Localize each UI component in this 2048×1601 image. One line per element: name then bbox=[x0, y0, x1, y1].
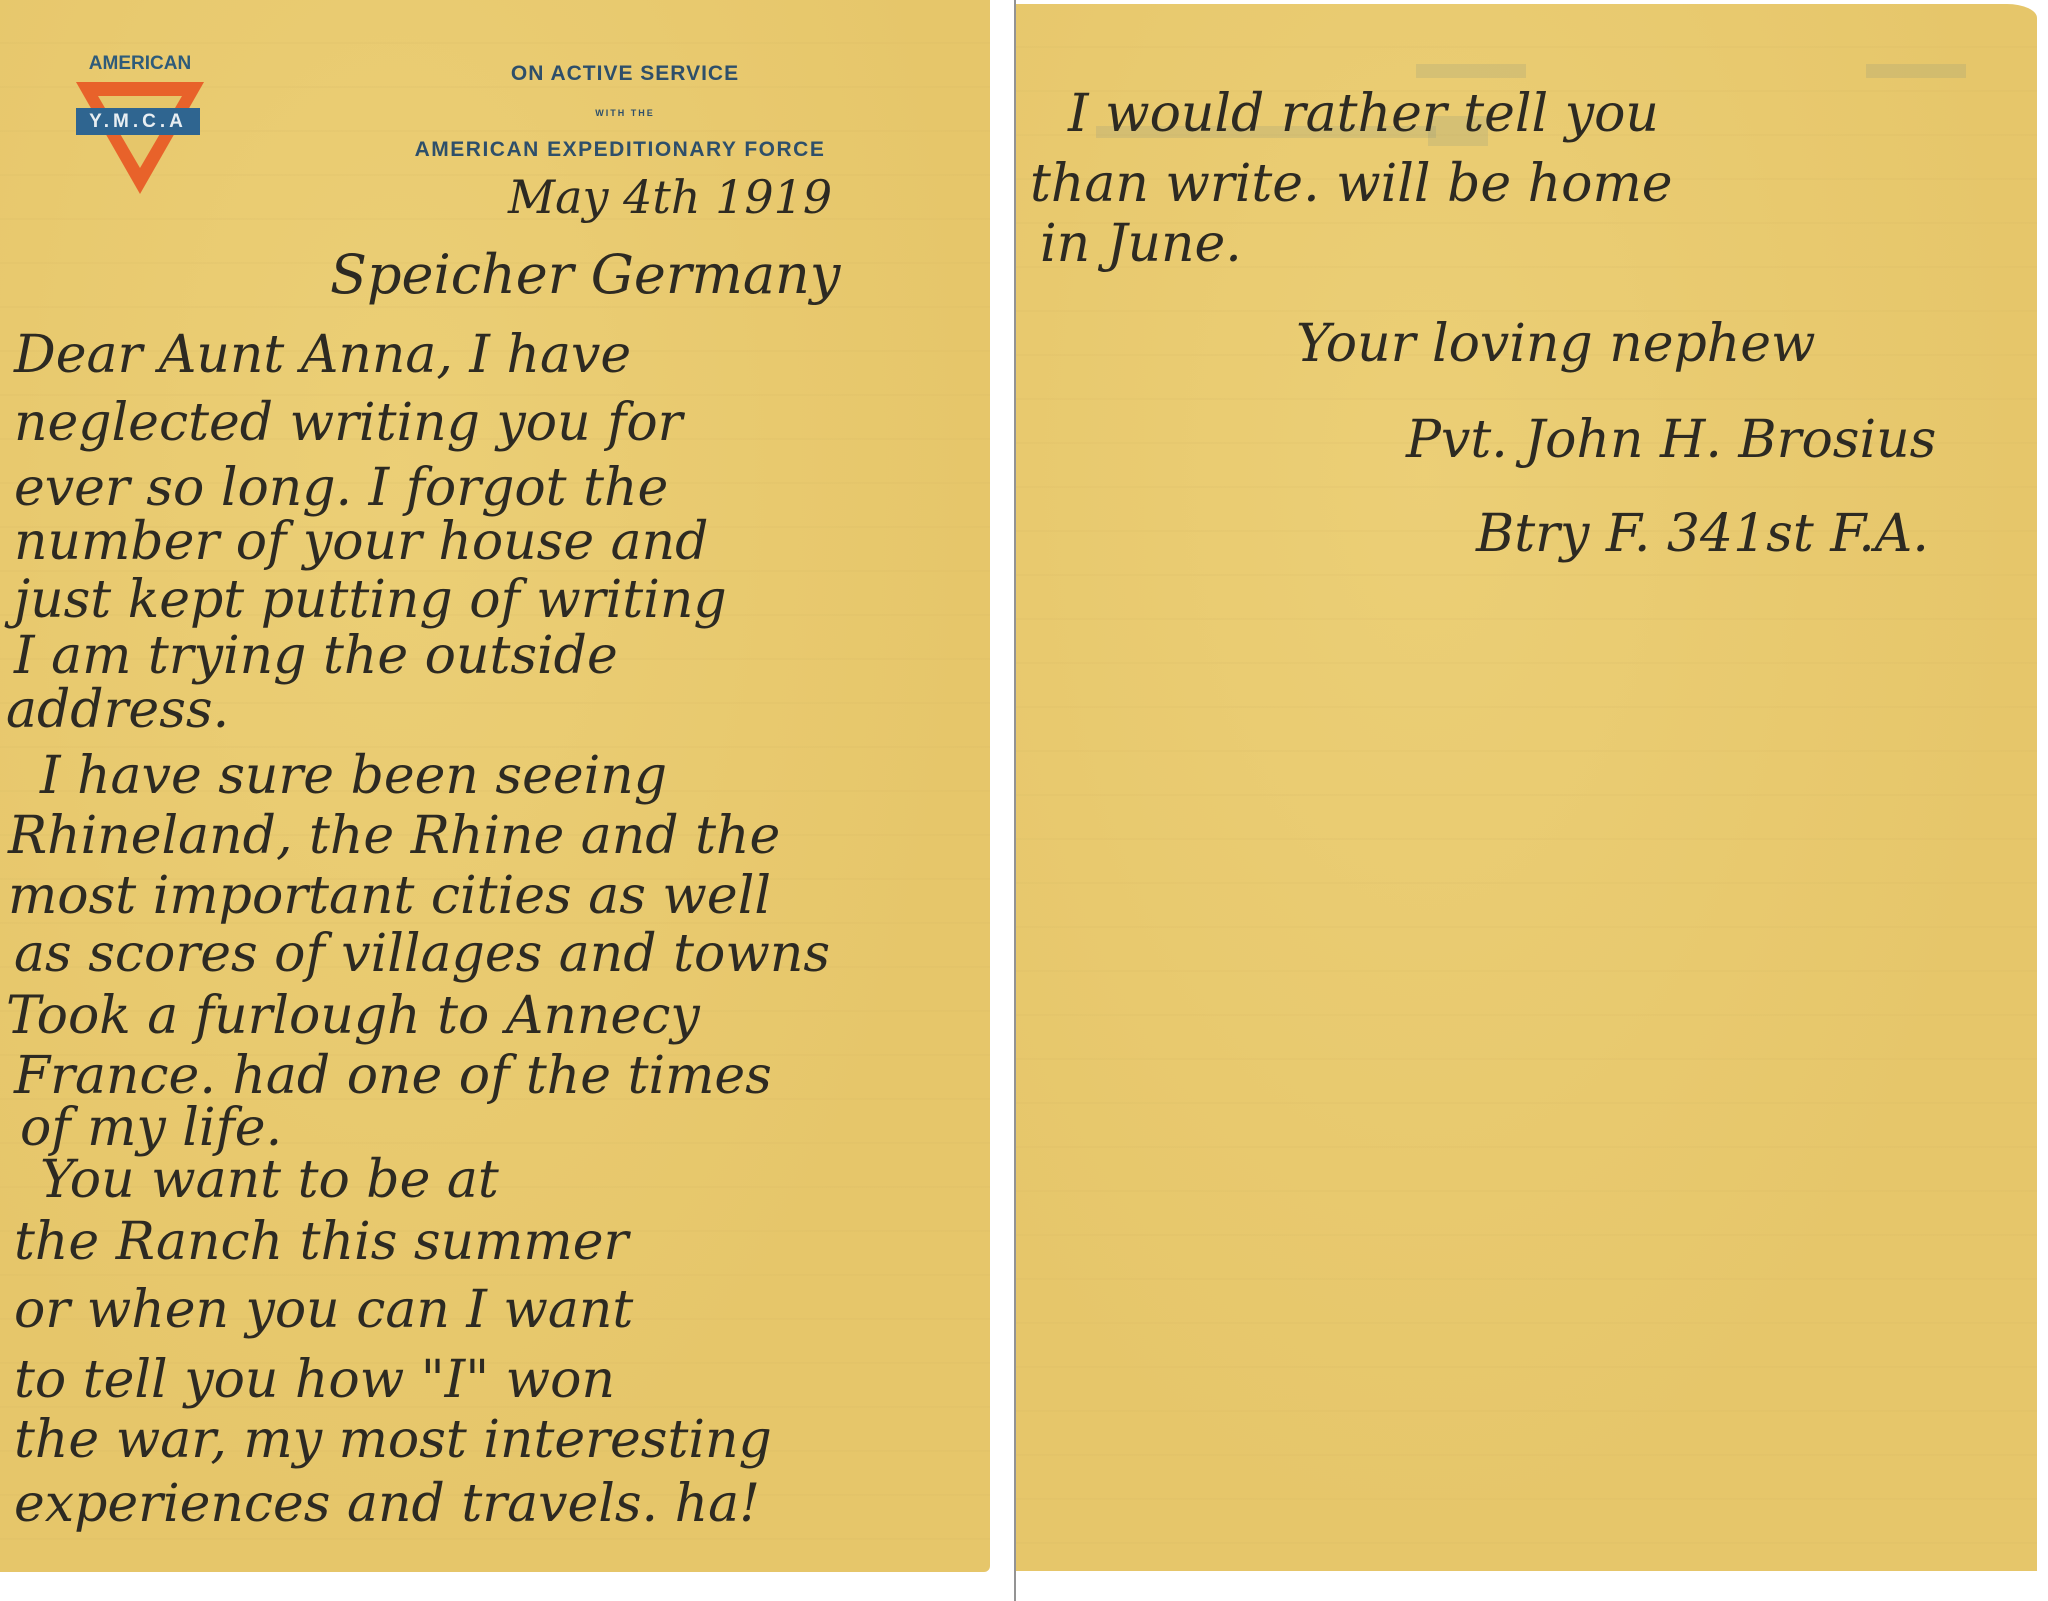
letter-date: May 4th 1919 bbox=[508, 170, 832, 224]
letter-line: number of your house and bbox=[14, 512, 708, 572]
letter-line: experiences and travels. ha! bbox=[14, 1474, 760, 1534]
ghost-letterhead-mark bbox=[1416, 64, 1526, 78]
letter-line: France. had one of the times bbox=[14, 1046, 772, 1106]
letter-line: ever so long. I forgot the bbox=[14, 458, 668, 518]
letterhead-with-the: WITH THE bbox=[560, 108, 690, 118]
letterhead-active-service: ON ACTIVE SERVICE bbox=[470, 62, 780, 86]
logo-american-text: AMERICAN bbox=[74, 53, 206, 75]
letter-line: the Ranch this summer bbox=[14, 1212, 628, 1272]
letter-line: neglected writing you for bbox=[14, 393, 683, 453]
ymca-logo: AMERICAN Y.M.C.A bbox=[74, 50, 206, 200]
letter-line: Dear Aunt Anna, I have bbox=[14, 325, 631, 385]
letter-line: Took a furlough to Annecy bbox=[6, 986, 700, 1046]
letter-line: the war, my most interesting bbox=[14, 1410, 772, 1470]
ymca-triangle-icon bbox=[76, 82, 204, 194]
letter-line: as scores of villages and towns bbox=[14, 924, 830, 984]
letter-unit: Btry F. 341st F.A. bbox=[1476, 504, 1929, 564]
letter-line: of my life. bbox=[20, 1098, 282, 1158]
letter-line: I have sure been seeing bbox=[40, 746, 667, 806]
letter-line: to tell you how "I" won bbox=[14, 1350, 615, 1410]
letter-line: than write. will be home bbox=[1030, 154, 1673, 214]
letter-line: or when you can I want bbox=[14, 1280, 633, 1340]
letterhead-aef: AMERICAN EXPEDITIONARY FORCE bbox=[370, 138, 870, 162]
letter-line: just kept putting of writing bbox=[14, 570, 727, 630]
letter-signature: Pvt. John H. Brosius bbox=[1406, 410, 1936, 470]
ghost-letterhead-mark bbox=[1866, 64, 1966, 78]
letter-page-2: ​ I would rather tell you than write. wi… bbox=[1016, 4, 2037, 1571]
letter-line: Rhineland, the Rhine and the bbox=[8, 806, 780, 866]
letter-closing: Your loving nephew bbox=[1296, 314, 1816, 374]
letter-line: address. bbox=[6, 680, 229, 740]
logo-ymca-band: Y.M.C.A bbox=[76, 108, 200, 135]
letter-line: most important cities as well bbox=[8, 866, 771, 926]
letter-line: in June. bbox=[1040, 214, 1242, 274]
letter-page-1: AMERICAN Y.M.C.A ON ACTIVE SERVICE WITH … bbox=[0, 0, 990, 1572]
letter-line: I would rather tell you bbox=[1068, 84, 1659, 144]
letter-line: You want to be at bbox=[40, 1150, 499, 1210]
letter-line: I am trying the outside bbox=[14, 626, 618, 686]
letter-place: Speicher Germany bbox=[330, 245, 840, 305]
